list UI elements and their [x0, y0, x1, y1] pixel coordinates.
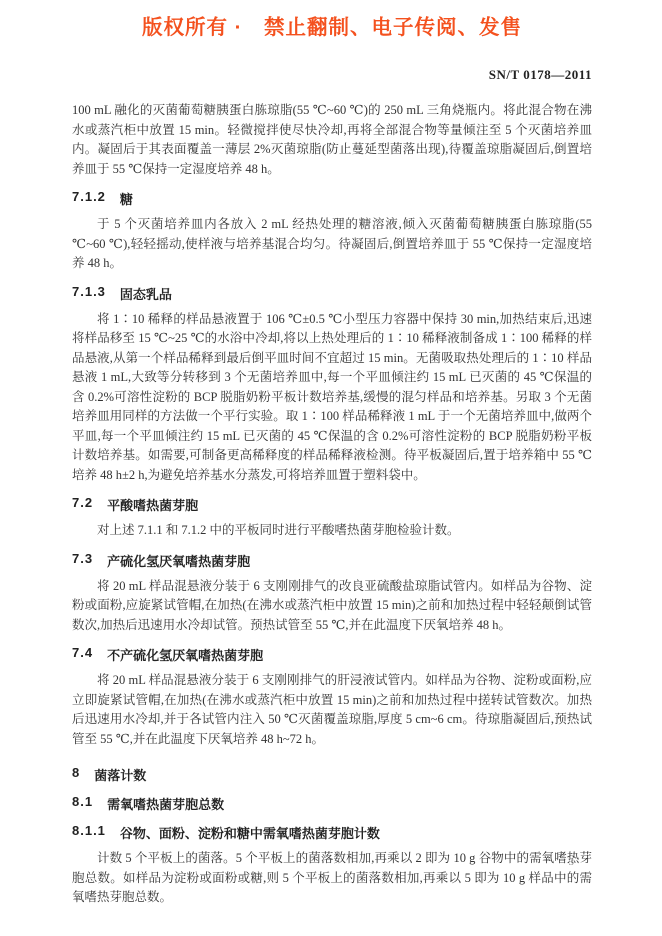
section-paragraph: 对上述 7.1.1 和 7.1.2 中的平板同时进行平酸嗜热菌芽胞检验计数。 [72, 521, 592, 541]
section-number: 8.1 [72, 794, 93, 813]
document-body: 100 mL 融化的灭菌葡萄糖胰蛋白胨琼脂(55 ℃~60 ℃)的 250 mL… [72, 101, 592, 908]
standard-code: SN/T 0178—2011 [72, 67, 592, 83]
section-title: 产硫化氢厌氧嗜热菌芽胞 [107, 551, 250, 570]
section-number: 7.1.3 [72, 284, 106, 303]
continuation-paragraph: 100 mL 融化的灭菌葡萄糖胰蛋白胨琼脂(55 ℃~60 ℃)的 250 mL… [72, 101, 592, 179]
section-number: 8.1.1 [72, 823, 106, 842]
section-heading-8-1-1: 8.1.1 谷物、面粉、淀粉和糖中需氧嗜热菌芽胞计数 [72, 823, 592, 842]
section-paragraph: 于 5 个灭菌培养皿内各放入 2 mL 经热处理的糖溶液,倾入灭菌葡萄糖胰蛋白胨… [72, 215, 592, 274]
copyright-banner: 版权所有 · 禁止翻制、电子传阅、发售 [72, 10, 592, 40]
section-number: 7.2 [72, 495, 93, 514]
section-title: 需氧嗜热菌芽胞总数 [107, 794, 224, 813]
section-number: 7.1.2 [72, 189, 106, 208]
section-title: 平酸嗜热菌芽胞 [107, 495, 198, 514]
section-number: 7.4 [72, 645, 93, 664]
section-heading-7-3: 7.3 产硫化氢厌氧嗜热菌芽胞 [72, 551, 592, 570]
section-title: 糖 [120, 189, 133, 208]
section-number: 7.3 [72, 551, 93, 570]
section-heading-7-1-3: 7.1.3 固态乳品 [72, 284, 592, 303]
section-paragraph: 将 20 mL 样品混悬液分装于 6 支刚刚排气的肝浸液试管内。如样品为谷物、淀… [72, 671, 592, 749]
chapter-heading-8: 8 菌落计数 [72, 765, 592, 784]
section-heading-8-1: 8.1 需氧嗜热菌芽胞总数 [72, 794, 592, 813]
section-heading-7-4: 7.4 不产硫化氢厌氧嗜热菌芽胞 [72, 645, 592, 664]
section-title: 不产硫化氢厌氧嗜热菌芽胞 [107, 645, 263, 664]
section-paragraph: 将 20 mL 样品混悬液分装于 6 支刚刚排气的改良亚硫酸盐琼脂试管内。如样品… [72, 577, 592, 636]
section-paragraph: 将 1∶10 稀释的样品悬液置于 106 ℃±0.5 ℃小型压力容器中保持 30… [72, 310, 592, 486]
page-number: 3 [569, 856, 575, 868]
section-heading-7-2: 7.2 平酸嗜热菌芽胞 [72, 495, 592, 514]
section-title: 谷物、面粉、淀粉和糖中需氧嗜热菌芽胞计数 [120, 823, 380, 842]
section-heading-7-1-2: 7.1.2 糖 [72, 189, 592, 208]
section-title: 菌落计数 [94, 765, 146, 784]
document-page: 版权所有 · 禁止翻制、电子传阅、发售 SN/T 0178—2011 100 m… [0, 0, 662, 936]
section-number: 8 [72, 765, 80, 784]
section-title: 固态乳品 [120, 284, 172, 303]
section-paragraph: 计数 5 个平板上的菌落。5 个平板上的菌落数相加,再乘以 2 即为 10 g … [72, 849, 592, 908]
